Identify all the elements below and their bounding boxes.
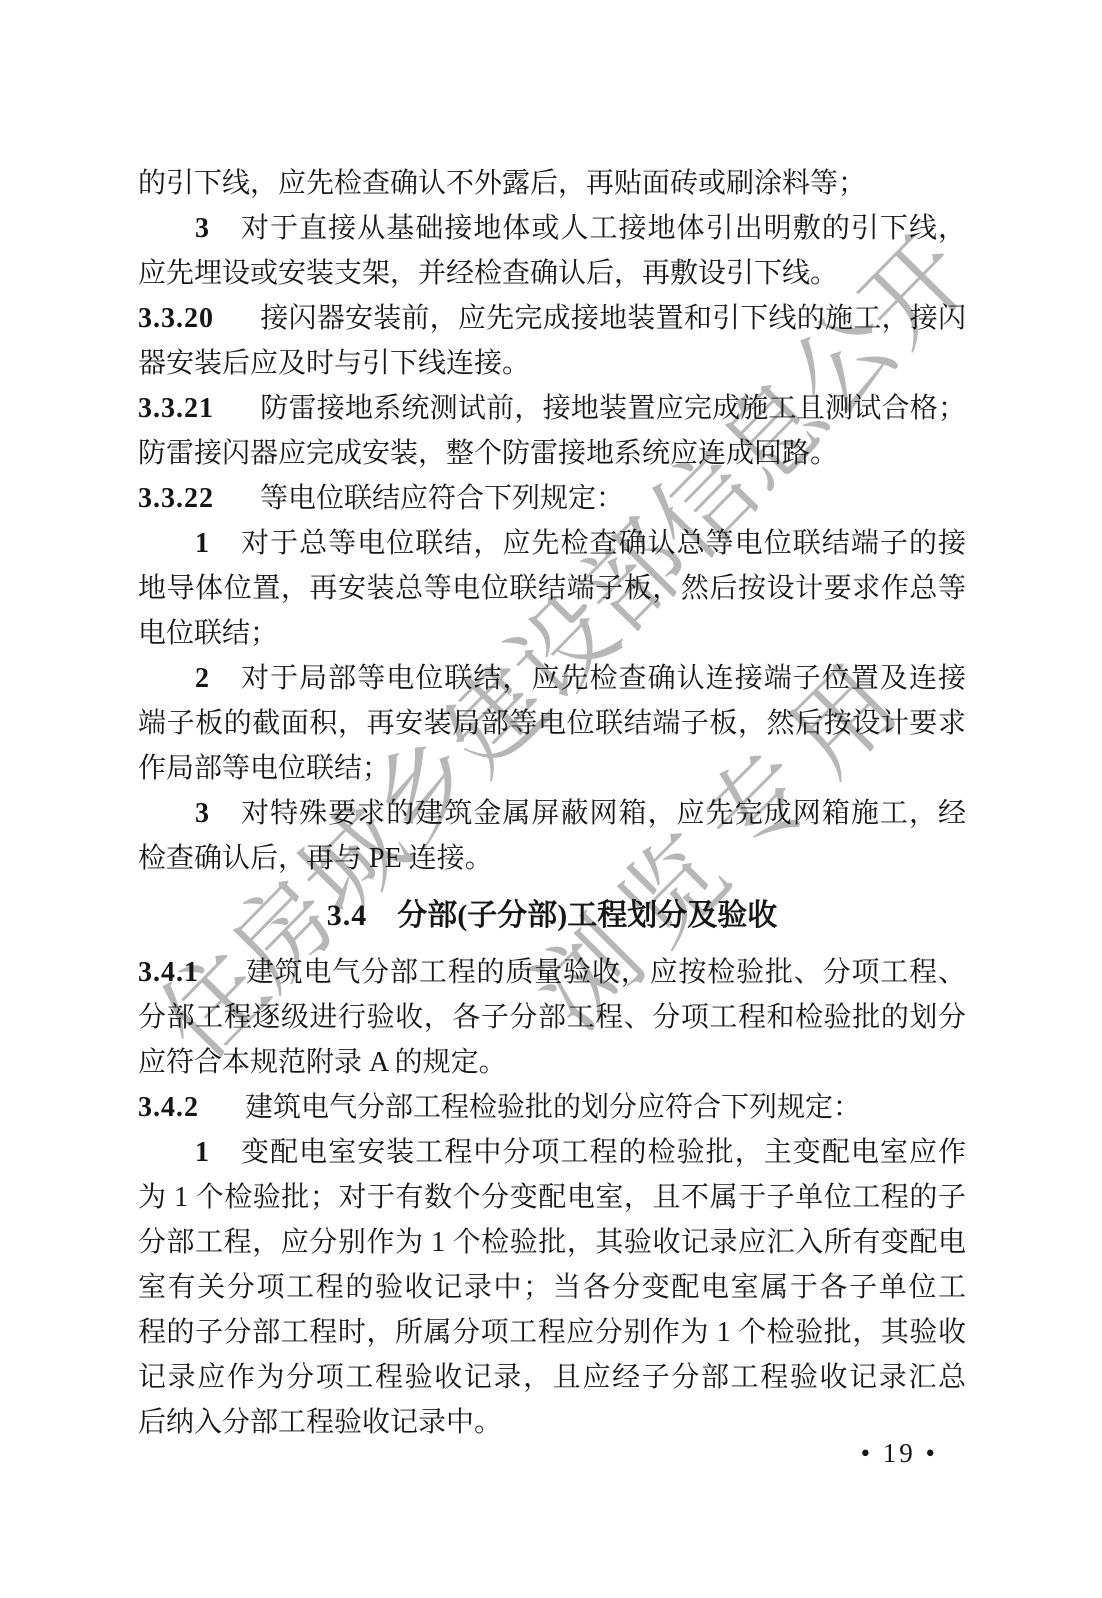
line-text: 建筑电气分部工程检验批的划分应符合下列规定： (245, 1092, 861, 1123)
line-text: 对特殊要求的建筑金属屏蔽网箱，应先完成网箱施工，经 (240, 798, 966, 829)
text-line: 3对特殊要求的建筑金属屏蔽网箱，应先完成网箱施工，经 (138, 791, 966, 836)
line-text: 电位联结； (138, 618, 278, 649)
text-line: 电位联结； (138, 611, 966, 656)
line-text: 地导体位置，再安装总等电位联结端子板，然后按设计要求作总等 (138, 573, 966, 604)
clause-number: 1 (195, 528, 210, 559)
line-text: 记录应作为分项工程验收记录，且应经子分部工程验收记录汇总 (138, 1362, 966, 1393)
line-text: 分部工程，应分别作为 1 个检验批，其验收记录应汇入所有变配电 (138, 1227, 966, 1258)
clause-number: 3 (195, 213, 210, 244)
clause-number: 3 (195, 798, 210, 829)
line-text: 防雷接地系统测试前，接地装置应完成施工且测试合格； (260, 393, 966, 424)
line-text: 对于直接从基础接地体或人工接地体引出明敷的引下线， (240, 213, 966, 244)
page-number: • 19 • (138, 1438, 966, 1469)
text-line: 分部工程，应分别作为 1 个检验批，其验收记录应汇入所有变配电 (138, 1220, 966, 1265)
clause-number: 3.4.2 (138, 1092, 199, 1123)
line-text: 接闪器安装前，应先完成接地装置和引下线的施工，接闪 (260, 303, 966, 334)
line-text: 器安装后应及时与引下线连接。 (138, 348, 530, 379)
text-line: 3.3.20接闪器安装前，应先完成接地装置和引下线的施工，接闪 (138, 296, 966, 341)
text-line: 端子板的截面积，再安装局部等电位联结端子板，然后按设计要求 (138, 701, 966, 746)
line-text: 变配电室安装工程中分项工程的检验批，主变配电室应作 (240, 1137, 966, 1168)
line-text: 建筑电气分部工程的质量验收，应按检验批、分项工程、子 (138, 957, 966, 995)
line-text: 应先埋设或安装支架，并经检查确认后，再敷设引下线。 (138, 258, 838, 289)
text-line: 应符合本规范附录 A 的规定。 (138, 1040, 966, 1085)
line-text: 为 1 个检验批；对于有数个分变配电室，且不属于子单位工程的子 (138, 1182, 966, 1213)
line-text: 对于局部等电位联结，应先检查确认连接端子位置及连接 (240, 663, 966, 694)
line-text: 后纳入分部工程验收记录中。 (138, 1407, 502, 1438)
text-line: 3.4.2建筑电气分部工程检验批的划分应符合下列规定： (138, 1085, 966, 1130)
text-line: 器安装后应及时与引下线连接。 (138, 341, 966, 386)
clause-number: 3.3.20 (138, 303, 214, 334)
text-line: 检查确认后，再与 PE 连接。 (138, 836, 966, 881)
text-line: 1变配电室安装工程中分项工程的检验批，主变配电室应作 (138, 1130, 966, 1175)
clause-number: 3.3.22 (138, 483, 214, 514)
text-line: 为 1 个检验批；对于有数个分变配电室，且不属于子单位工程的子 (138, 1175, 966, 1220)
line-text: 的引下线，应先检查确认不外露后，再贴面砖或刷涂料等； (138, 168, 866, 199)
text-line: 地导体位置，再安装总等电位联结端子板，然后按设计要求作总等 (138, 566, 966, 611)
section-heading-number: 3.4 (327, 899, 368, 932)
text-line: 3.4.1建筑电气分部工程的质量验收，应按检验批、分项工程、子 (138, 950, 966, 995)
clause-number: 2 (195, 663, 210, 694)
text-line: 3.3.21防雷接地系统测试前，接地装置应完成施工且测试合格； (138, 386, 966, 431)
text-line: 1对于总等电位联结，应先检查确认总等电位联结端子的接 (138, 521, 966, 566)
text-line: 应先埋设或安装支架，并经检查确认后，再敷设引下线。 (138, 251, 966, 296)
text-line: 室有关分项工程的验收记录中；当各分变配电室属于各子单位工 (138, 1265, 966, 1310)
line-text: 程的子分部工程时，所属分项工程应分别作为 1 个检验批，其验收 (138, 1317, 966, 1348)
text-line: 的引下线，应先检查确认不外露后，再贴面砖或刷涂料等； (138, 161, 966, 206)
line-text: 对于总等电位联结，应先检查确认总等电位联结端子的接 (240, 528, 966, 559)
text-line: 程的子分部工程时，所属分项工程应分别作为 1 个检验批，其验收 (138, 1310, 966, 1355)
document-page: 住房城乡建设部信息公开 浏览专用 的引下线，应先检查确认不外露后，再贴面砖或刷涂… (0, 0, 1102, 1598)
line-text: 室有关分项工程的验收记录中；当各分变配电室属于各子单位工 (138, 1272, 966, 1303)
clause-number: 3.3.21 (138, 393, 214, 424)
section-heading-title: 分部(子分部)工程划分及验收 (397, 899, 777, 932)
text-line: 3.3.22等电位联结应符合下列规定： (138, 476, 966, 521)
text-line: 作局部等电位联结； (138, 746, 966, 791)
text-line: 3对于直接从基础接地体或人工接地体引出明敷的引下线， (138, 206, 966, 251)
line-text: 检查确认后，再与 PE 连接。 (138, 843, 493, 874)
line-text: 分部工程逐级进行验收，各子分部工程、分项工程和检验批的划分 (138, 1002, 966, 1033)
line-text: 应符合本规范附录 A 的规定。 (138, 1047, 507, 1078)
text-line: 防雷接闪器应完成安装，整个防雷接地系统应连成回路。 (138, 431, 966, 476)
clause-number: 3.4.1 (138, 957, 199, 988)
line-text: 端子板的截面积，再安装局部等电位联结端子板，然后按设计要求 (138, 708, 966, 739)
section-heading: 3.4分部(子分部)工程划分及验收 (138, 881, 966, 950)
line-text: 防雷接闪器应完成安装，整个防雷接地系统应连成回路。 (138, 438, 838, 469)
text-line: 记录应作为分项工程验收记录，且应经子分部工程验收记录汇总 (138, 1355, 966, 1400)
line-text: 作局部等电位联结； (138, 753, 390, 784)
text-line: 2对于局部等电位联结，应先检查确认连接端子位置及连接 (138, 656, 966, 701)
text-line: 分部工程逐级进行验收，各子分部工程、分项工程和检验批的划分 (138, 995, 966, 1040)
text-block: 的引下线，应先检查确认不外露后，再贴面砖或刷涂料等；3对于直接从基础接地体或人工… (138, 161, 966, 1445)
line-text: 等电位联结应符合下列规定： (260, 483, 624, 514)
clause-number: 1 (195, 1137, 210, 1168)
